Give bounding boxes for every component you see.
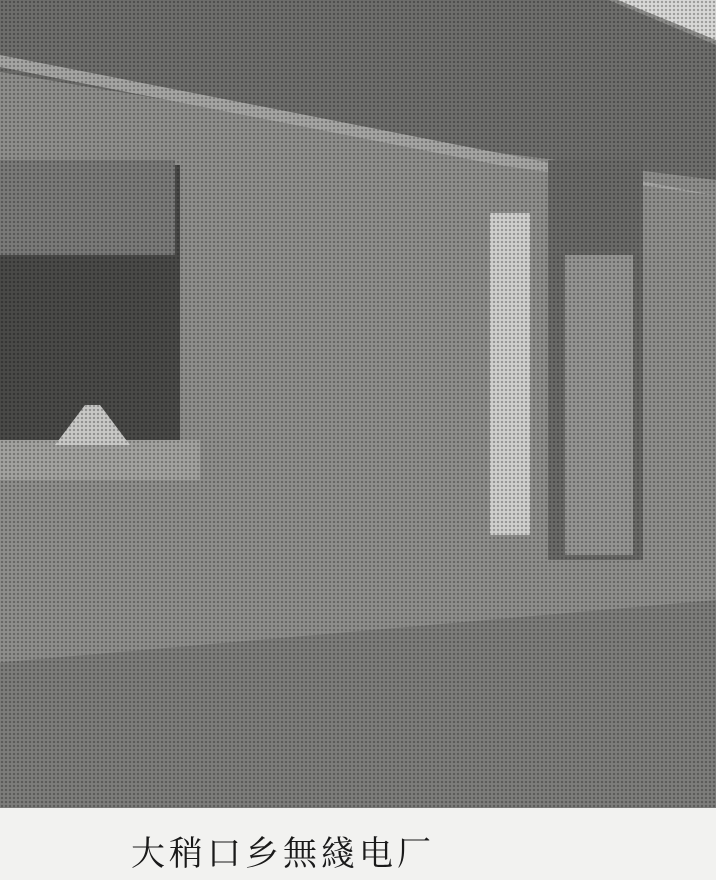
roof — [0, 0, 716, 180]
ground — [0, 600, 716, 808]
window-awning — [0, 160, 175, 255]
photo-caption: 大稍口乡無綫电厂 — [0, 826, 716, 875]
vertical-signboard — [490, 213, 530, 535]
building-photo — [0, 0, 716, 808]
door — [565, 255, 633, 555]
window-sill — [0, 440, 200, 480]
